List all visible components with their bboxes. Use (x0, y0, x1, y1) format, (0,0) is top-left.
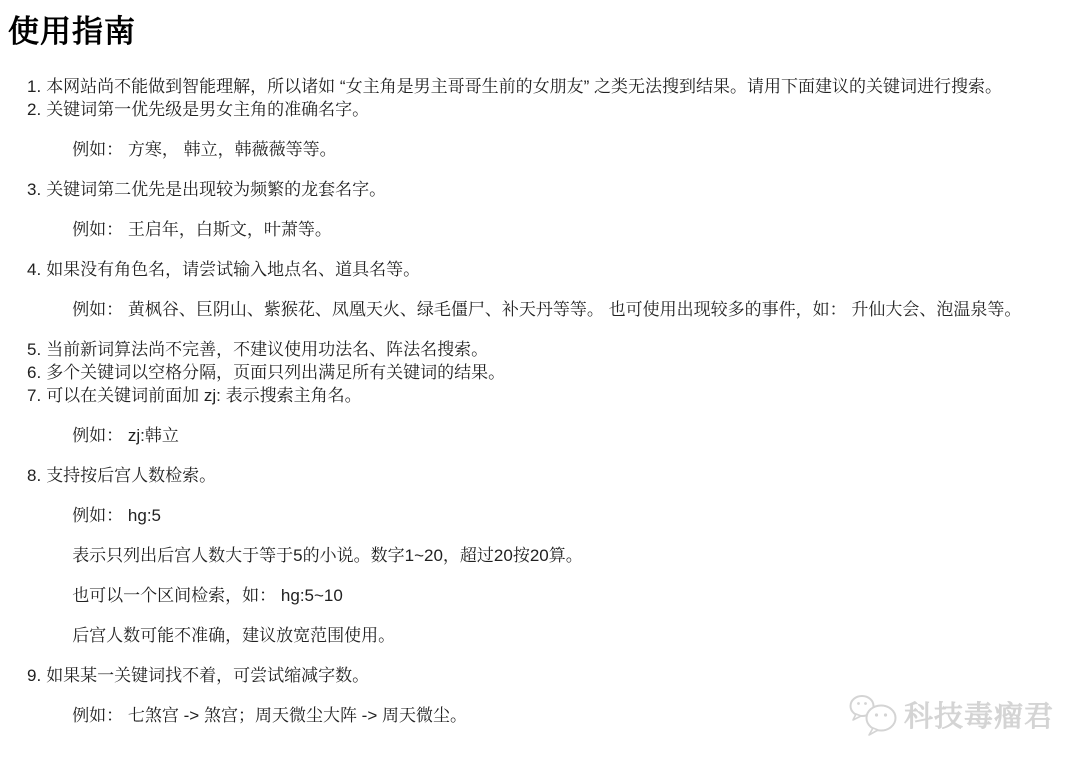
item-number: 4. (27, 258, 41, 338)
list-item: 5. 当前新词算法尚不完善，不建议使用功法名、阵法名搜索。 (27, 338, 1070, 361)
item-text: 如果没有角色名，请尝试输入地点名、道具名等。 (46, 258, 1070, 281)
list-item: 4. 如果没有角色名，请尝试输入地点名、道具名等。 例如： 黄枫谷、巨阴山、紫猴… (27, 258, 1070, 338)
item-number: 7. (27, 384, 41, 464)
item-text: 关键词第一优先级是男女主角的准确名字。 (46, 98, 1070, 121)
watermark: 科技毒瘤君 (848, 692, 1054, 736)
item-text: 当前新词算法尚不完善，不建议使用功法名、阵法名搜索。 (46, 338, 1070, 361)
example-line: 例如： zj:韩立 (72, 424, 1070, 447)
example-line: 也可以一个区间检索，如： hg:5~10 (72, 584, 1070, 607)
list-item: 6. 多个关键词以空格分隔，页面只列出满足所有关键词的结果。 (27, 361, 1070, 384)
item-text: 如果某一关键词找不着，可尝试缩减字数。 (46, 664, 1070, 687)
usage-guide-page: 使用指南 1. 本网站尚不能做到智能理解，所以诸如 “女主角是男主哥哥生前的女朋… (0, 0, 1080, 760)
item-number: 2. (27, 98, 41, 178)
wechat-icon (848, 692, 900, 736)
item-text: 关键词第二优先是出现较为频繁的龙套名字。 (46, 178, 1070, 201)
example-line: 例如： 方寒， 韩立，韩薇薇等等。 (72, 138, 1070, 161)
list-item: 3. 关键词第二优先是出现较为频繁的龙套名字。 例如： 王启年，白斯文，叶萧等。 (27, 178, 1070, 258)
item-text: 支持按后宫人数检索。 (46, 464, 1070, 487)
item-text: 可以在关键词前面加 zj: 表示搜索主角名。 (46, 384, 1070, 407)
item-number: 6. (27, 361, 41, 384)
list-item: 2. 关键词第一优先级是男女主角的准确名字。 例如： 方寒， 韩立，韩薇薇等等。 (27, 98, 1070, 178)
list-item: 7. 可以在关键词前面加 zj: 表示搜索主角名。 例如： zj:韩立 (27, 384, 1070, 464)
item-number: 3. (27, 178, 41, 258)
guide-list: 1. 本网站尚不能做到智能理解，所以诸如 “女主角是男主哥哥生前的女朋友” 之类… (8, 75, 1070, 744)
item-number: 9. (27, 664, 41, 744)
example-line: 例如： hg:5 (72, 504, 1070, 527)
example-line: 表示只列出后宫人数大于等于5的小说。数字1~20，超过20按20算。 (72, 544, 1070, 567)
list-item: 8. 支持按后宫人数检索。 例如： hg:5 表示只列出后宫人数大于等于5的小说… (27, 464, 1070, 664)
page-title: 使用指南 (8, 6, 1070, 51)
example-line: 例如： 黄枫谷、巨阴山、紫猴花、凤凰天火、绿毛僵尸、补天丹等等。 也可使用出现较… (72, 298, 1070, 321)
item-text: 本网站尚不能做到智能理解，所以诸如 “女主角是男主哥哥生前的女朋友” 之类无法搜… (46, 75, 1070, 98)
item-number: 8. (27, 464, 41, 664)
example-line: 例如： 王启年，白斯文，叶萧等。 (72, 218, 1070, 241)
item-number: 5. (27, 338, 41, 361)
item-text: 多个关键词以空格分隔，页面只列出满足所有关键词的结果。 (46, 361, 1070, 384)
watermark-text: 科技毒瘤君 (904, 694, 1054, 735)
list-item: 1. 本网站尚不能做到智能理解，所以诸如 “女主角是男主哥哥生前的女朋友” 之类… (27, 75, 1070, 98)
item-number: 1. (27, 75, 41, 98)
example-line: 后宫人数可能不准确，建议放宽范围使用。 (72, 624, 1070, 647)
